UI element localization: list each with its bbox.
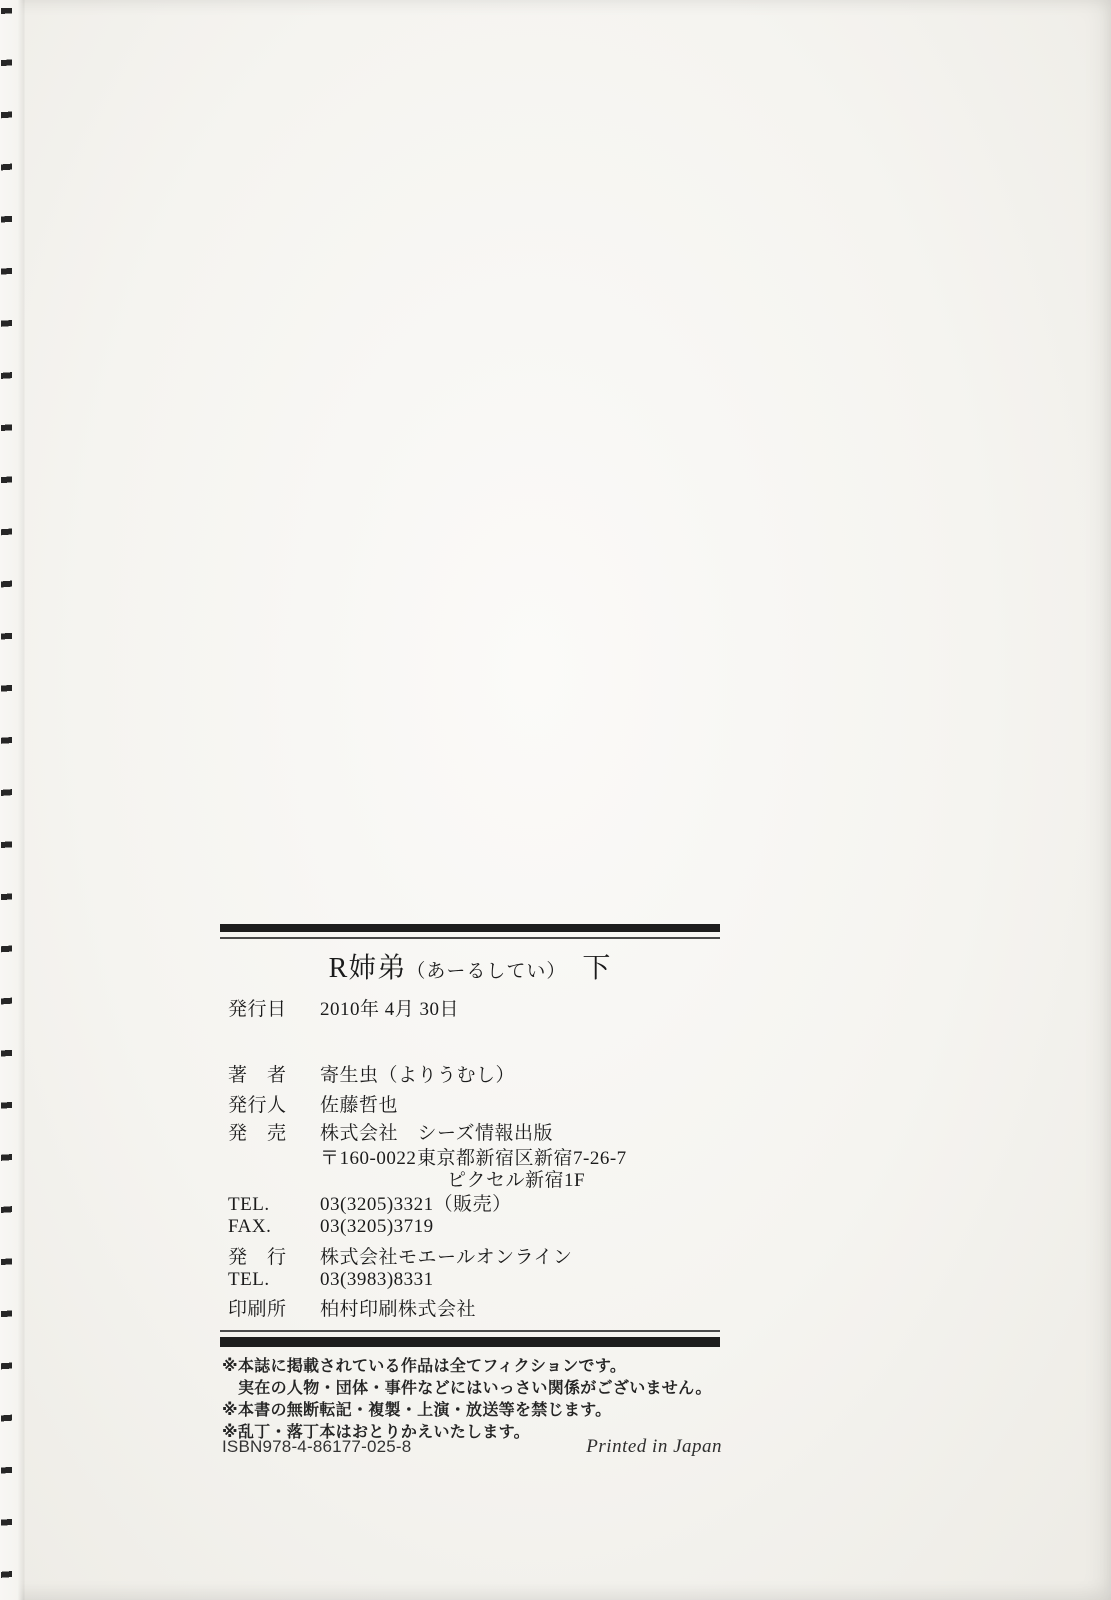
top-rule-thick — [220, 924, 720, 932]
printed-in-japan: Printed in Japan — [586, 1436, 722, 1458]
isbn-number: ISBN978-4-86177-025-8 — [222, 1437, 411, 1457]
top-rule-thin — [220, 937, 720, 939]
publisher-value: 株式会社モエールオンライン — [320, 1247, 573, 1268]
seller-value: 株式会社 シーズ情報出版 — [320, 1123, 553, 1144]
bottom-rule-thick — [220, 1337, 720, 1347]
publish-date-row: 発行日2010年 4月 30日 — [228, 994, 459, 1021]
author-label: 著 者 — [228, 1060, 320, 1087]
author-value: 寄生虫（よりうむし） — [320, 1065, 515, 1086]
colophon-box: R姉弟（あーるしてい）下 発行日2010年 4月 30日 著 者寄生虫（よりうむ… — [220, 924, 720, 1484]
issuer-value: 佐藤哲也 — [320, 1095, 398, 1116]
publisher-label: 発 行 — [228, 1242, 320, 1269]
note-copyright: ※本書の無断転記・複製・上演・放送等を禁じます。 — [222, 1397, 611, 1420]
fax-row: FAX.03(3205)3719 — [228, 1216, 434, 1238]
seller-address-row2: ピクセル新宿1F — [447, 1165, 585, 1192]
binding-stitch-marks — [1, 8, 12, 1594]
book-title: R姉弟（あーるしてい）下 — [220, 946, 720, 986]
author-row: 著 者寄生虫（よりうむし） — [228, 1060, 515, 1087]
fax-label: FAX. — [228, 1216, 320, 1238]
printer-row: 印刷所柏村印刷株式会社 — [228, 1294, 476, 1321]
tel-row: TEL.03(3205)3321（販売） — [228, 1189, 512, 1216]
tel2-row: TEL.03(3983)8331 — [228, 1269, 434, 1291]
tel-value: 03(3205)3321（販売） — [320, 1194, 512, 1215]
book-title-main: R姉弟 — [329, 953, 407, 984]
footer-row: ISBN978-4-86177-025-8 Printed in Japan — [222, 1436, 722, 1458]
note-fiction: ※本誌に掲載されている作品は全てフィクションです。 — [222, 1353, 626, 1376]
publisher-row: 発 行株式会社モエールオンライン — [228, 1242, 573, 1269]
publish-date-label: 発行日 — [228, 994, 320, 1021]
tel2-value: 03(3983)8331 — [320, 1269, 434, 1290]
printer-label: 印刷所 — [228, 1294, 320, 1321]
tel2-label: TEL. — [228, 1269, 320, 1291]
issuer-row: 発行人佐藤哲也 — [228, 1090, 398, 1117]
book-title-reading: （あーるしてい） — [406, 961, 566, 982]
printer-value: 柏村印刷株式会社 — [320, 1299, 476, 1320]
address-line2: ピクセル新宿1F — [447, 1170, 585, 1191]
issuer-label: 発行人 — [228, 1090, 320, 1117]
seller-label: 発 売 — [228, 1118, 320, 1145]
book-title-volume: 下 — [582, 953, 611, 984]
publish-date-value: 2010年 4月 30日 — [320, 999, 459, 1020]
seller-row: 発 売株式会社 シーズ情報出版 — [228, 1118, 553, 1145]
note-fiction-cont: 実在の人物・団体・事件などにはいっさい関係がございません。 — [238, 1375, 712, 1398]
bottom-rule-thin — [220, 1330, 720, 1332]
postal-code: 〒160-0022 — [320, 1143, 417, 1170]
tel-label: TEL. — [228, 1194, 320, 1216]
scanned-colophon-page: R姉弟（あーるしてい）下 発行日2010年 4月 30日 著 者寄生虫（よりうむ… — [0, 0, 1111, 1600]
fax-value: 03(3205)3719 — [320, 1216, 434, 1237]
